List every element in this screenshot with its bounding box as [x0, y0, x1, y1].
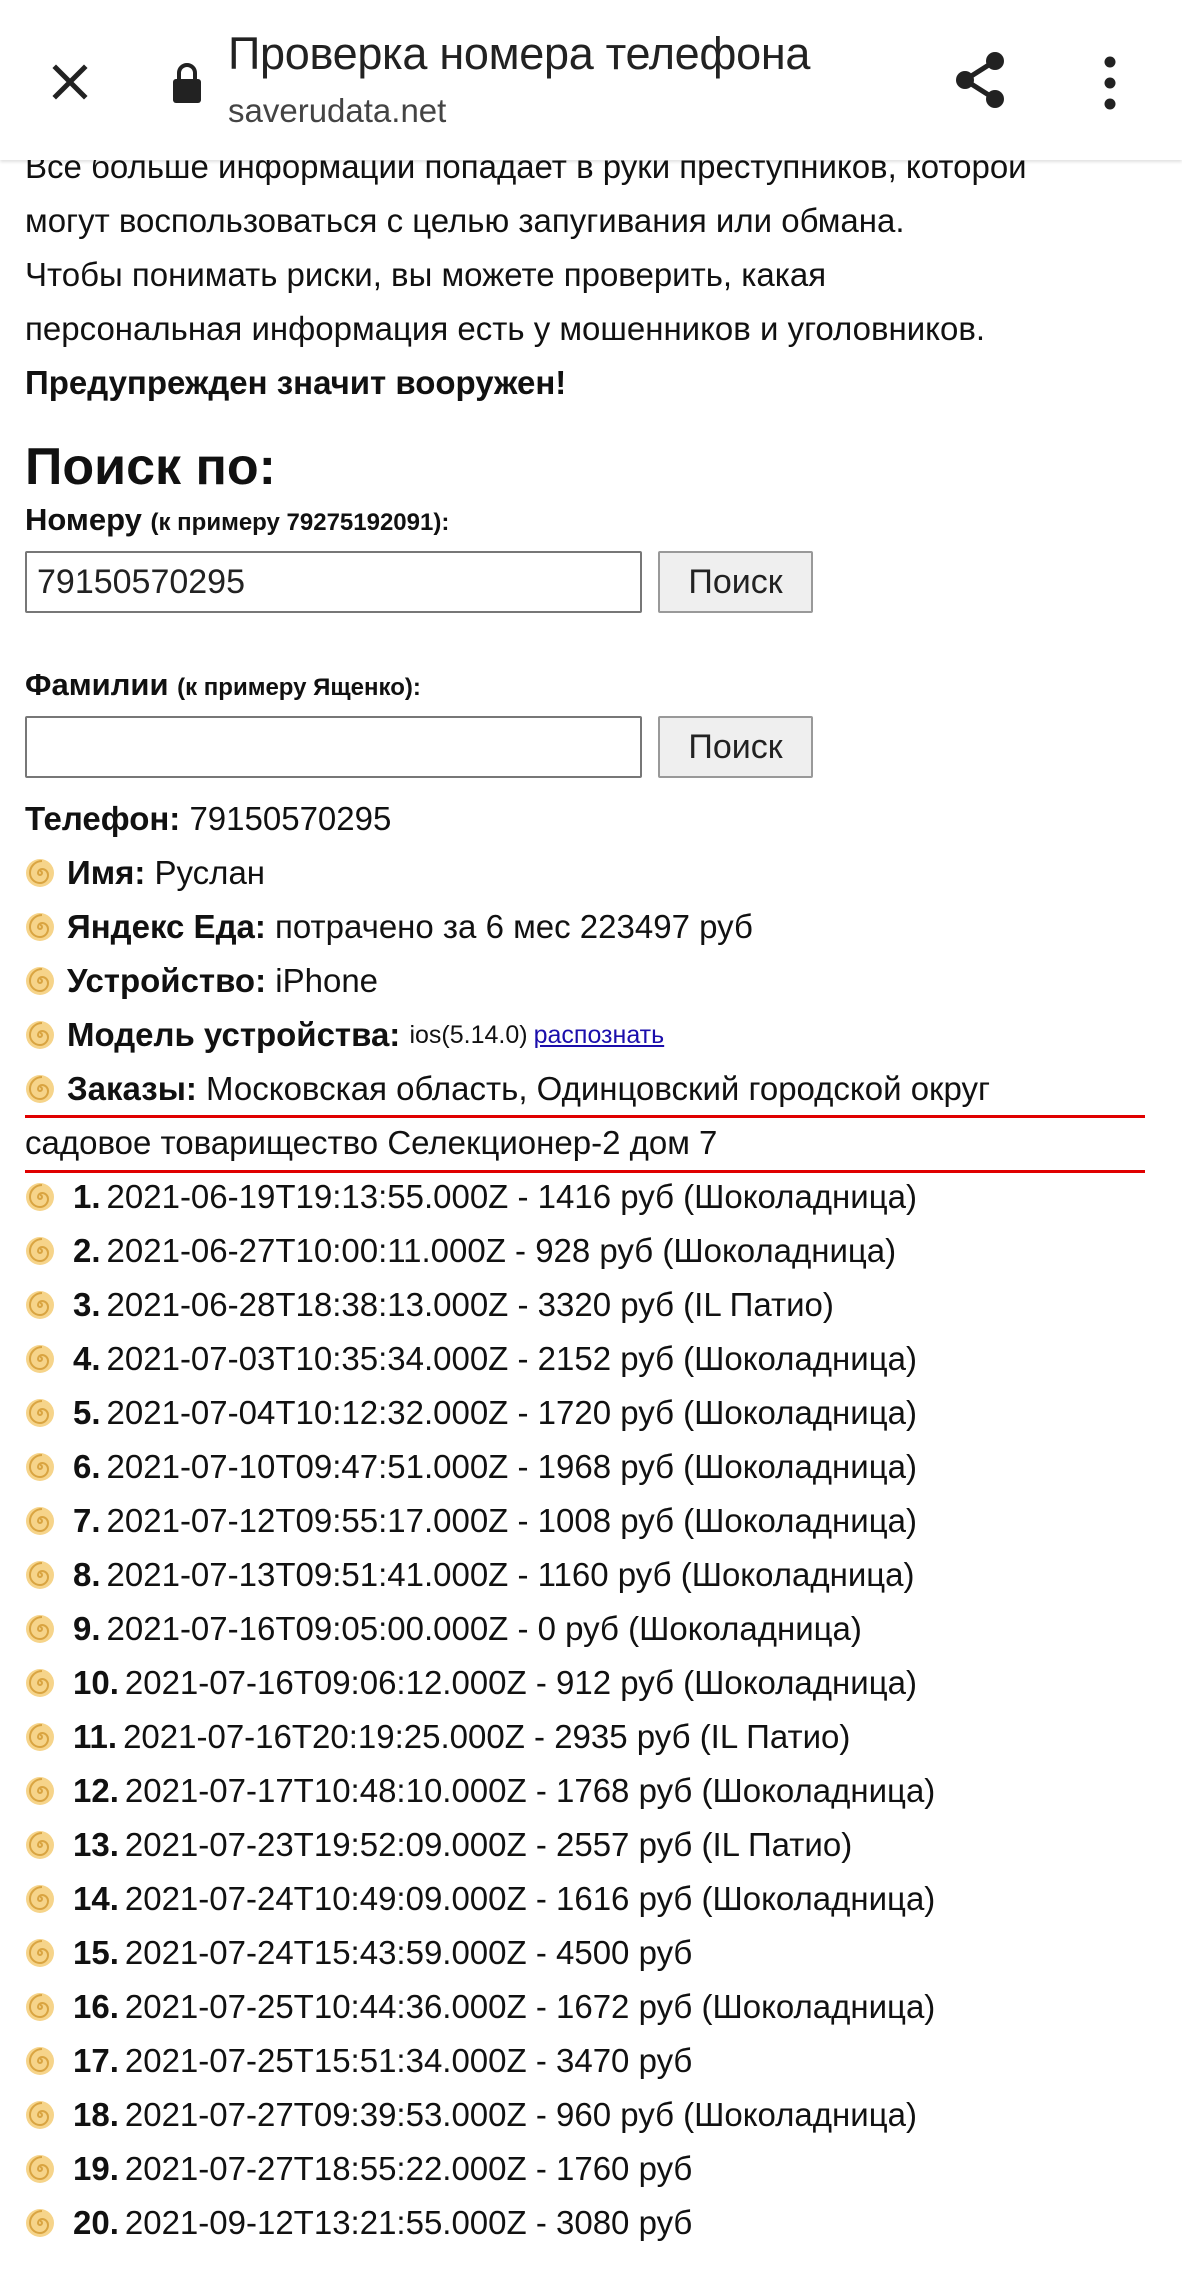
result-yandex: Яндекс Еда: потрачено за 6 мес 223497 ру…	[25, 900, 1165, 954]
order-number: 12.	[73, 1764, 119, 1818]
phone-search-input[interactable]	[25, 551, 642, 613]
order-text: 2021-07-25T10:44:36.000Z - 1672 руб (Шок…	[125, 1980, 935, 2034]
order-item: 14.2021-07-24T10:49:09.000Z - 1616 руб (…	[25, 1872, 1165, 1926]
spiral-icon	[25, 1614, 55, 1644]
more-vert-icon[interactable]	[1090, 50, 1130, 116]
model-value: ios(5.14.0)	[409, 1008, 527, 1062]
order-number: 19.	[73, 2142, 119, 2196]
order-item: 11.2021-07-16T20:19:25.000Z - 2935 руб (…	[25, 1710, 1165, 1764]
spiral-icon	[25, 2208, 55, 2238]
order-text: 2021-07-16T09:05:00.000Z - 0 руб (Шокола…	[107, 1602, 862, 1656]
result-phone: Телефон: 79150570295	[25, 792, 1165, 846]
intro-text: Все больше информации попадает в руки пр…	[25, 140, 1165, 410]
order-number: 8.	[73, 1548, 101, 1602]
order-item: 2.2021-06-27T10:00:11.000Z - 928 руб (Шо…	[25, 1224, 1165, 1278]
result-model: Модель устройства: ios(5.14.0) распознат…	[25, 1008, 1165, 1062]
phone-search-button[interactable]: Поиск	[658, 551, 813, 613]
yandex-value: потрачено за 6 мес 223497 руб	[275, 900, 753, 954]
spiral-icon	[25, 1506, 55, 1536]
intro-line: могут воспользоваться с целью запугивани…	[25, 194, 1165, 248]
surname-search-input[interactable]	[25, 716, 642, 778]
result-name: Имя: Руслан	[25, 846, 1165, 900]
order-text: 2021-07-27T09:39:53.000Z - 960 руб (Шоко…	[125, 2088, 917, 2142]
share-icon[interactable]	[945, 45, 1015, 115]
page-title: Проверка номера телефона	[228, 28, 810, 80]
spiral-icon	[25, 1074, 55, 1104]
order-text: 2021-07-24T10:49:09.000Z - 1616 руб (Шок…	[125, 1872, 935, 1926]
intro-line: персональная информация есть у мошеннико…	[25, 302, 1165, 356]
order-number: 9.	[73, 1602, 101, 1656]
order-text: 2021-07-17T10:48:10.000Z - 1768 руб (Шок…	[125, 1764, 935, 1818]
order-number: 16.	[73, 1980, 119, 2034]
order-number: 17.	[73, 2034, 119, 2088]
order-item: 13.2021-07-23T19:52:09.000Z - 2557 руб (…	[25, 1818, 1165, 1872]
order-number: 13.	[73, 1818, 119, 1872]
order-text: 2021-06-27T10:00:11.000Z - 928 руб (Шоко…	[107, 1224, 897, 1278]
result-orders: Заказы: Московская область, Одинцовский …	[25, 1062, 1165, 1116]
order-text: 2021-06-28T18:38:13.000Z - 3320 руб (IL …	[107, 1278, 834, 1332]
spiral-icon	[25, 2154, 55, 2184]
order-item: 15.2021-07-24T15:43:59.000Z - 4500 руб	[25, 1926, 1165, 1980]
search-heading: Поиск по:	[25, 436, 1165, 498]
spiral-icon	[25, 1884, 55, 1914]
phone-result-label: Телефон:	[25, 792, 180, 846]
yandex-label: Яндекс Еда:	[67, 900, 266, 954]
order-text: 2021-07-16T09:06:12.000Z - 912 руб (Шоко…	[125, 1656, 917, 1710]
order-text: 2021-07-13T09:51:41.000Z - 1160 руб (Шок…	[107, 1548, 915, 1602]
phone-label-text: Номеру	[25, 502, 142, 537]
order-number: 2.	[73, 1224, 101, 1278]
order-text: 2021-07-23T19:52:09.000Z - 2557 руб (IL …	[125, 1818, 852, 1872]
order-item: 5.2021-07-04T10:12:32.000Z - 1720 руб (Ш…	[25, 1386, 1165, 1440]
order-item: 9.2021-07-16T09:05:00.000Z - 0 руб (Шоко…	[25, 1602, 1165, 1656]
order-number: 20.	[73, 2196, 119, 2250]
order-text: 2021-07-10T09:47:51.000Z - 1968 руб (Шок…	[107, 1440, 917, 1494]
order-item: 1.2021-06-19T19:13:55.000Z - 1416 руб (Ш…	[25, 1170, 1165, 1224]
order-text: 2021-07-04T10:12:32.000Z - 1720 руб (Шок…	[107, 1386, 917, 1440]
spiral-icon	[25, 966, 55, 996]
orders-list: 1.2021-06-19T19:13:55.000Z - 1416 руб (Ш…	[25, 1170, 1165, 2250]
spiral-icon	[25, 1236, 55, 1266]
spiral-icon	[25, 912, 55, 942]
order-number: 15.	[73, 1926, 119, 1980]
order-item: 7.2021-07-12T09:55:17.000Z - 1008 руб (Ш…	[25, 1494, 1165, 1548]
order-number: 4.	[73, 1332, 101, 1386]
phone-result-value: 79150570295	[189, 792, 391, 846]
device-label: Устройство:	[67, 954, 266, 1008]
lock-icon	[170, 60, 204, 106]
order-number: 6.	[73, 1440, 101, 1494]
highlight-line-bottom	[25, 1170, 1145, 1173]
order-item: 17.2021-07-25T15:51:34.000Z - 3470 руб	[25, 2034, 1165, 2088]
spiral-icon	[25, 858, 55, 888]
spiral-icon	[25, 1722, 55, 1752]
spiral-icon	[25, 1830, 55, 1860]
order-text: 2021-07-27T18:55:22.000Z - 1760 руб	[125, 2142, 692, 2196]
order-number: 14.	[73, 1872, 119, 1926]
order-item: 19.2021-07-27T18:55:22.000Z - 1760 руб	[25, 2142, 1165, 2196]
spiral-icon	[25, 1182, 55, 1212]
orders-address-line1: Московская область, Одинцовский городско…	[206, 1062, 990, 1116]
order-number: 5.	[73, 1386, 101, 1440]
surname-search-button[interactable]: Поиск	[658, 716, 813, 778]
page-url[interactable]: saverudata.net	[228, 92, 446, 130]
spiral-icon	[25, 1776, 55, 1806]
model-label: Модель устройства:	[67, 1008, 400, 1062]
result-device: Устройство: iPhone	[25, 954, 1165, 1008]
order-text: 2021-07-25T15:51:34.000Z - 3470 руб	[125, 2034, 692, 2088]
device-value: iPhone	[275, 954, 378, 1008]
spiral-icon	[25, 1668, 55, 1698]
order-text: 2021-07-03T10:35:34.000Z - 2152 руб (Шок…	[107, 1332, 917, 1386]
order-number: 11.	[73, 1710, 117, 1764]
spiral-icon	[25, 1020, 55, 1050]
spiral-icon	[25, 1344, 55, 1374]
order-item: 12.2021-07-17T10:48:10.000Z - 1768 руб (…	[25, 1764, 1165, 1818]
spiral-icon	[25, 1398, 55, 1428]
spiral-icon	[25, 2100, 55, 2130]
result-block: Телефон: 79150570295 Имя: Руслан Яндекс …	[25, 792, 1165, 2250]
highlight-line-top	[25, 1115, 1145, 1118]
surname-search-label: Фамилии (к примеру Ященко):	[25, 665, 1165, 708]
order-text: 2021-07-12T09:55:17.000Z - 1008 руб (Шок…	[107, 1494, 917, 1548]
order-text: 2021-09-12T13:21:55.000Z - 3080 руб	[125, 2196, 692, 2250]
order-item: 20.2021-09-12T13:21:55.000Z - 3080 руб	[25, 2196, 1165, 2250]
order-item: 18.2021-07-27T09:39:53.000Z - 960 руб (Ш…	[25, 2088, 1165, 2142]
spiral-icon	[25, 1560, 55, 1590]
spiral-icon	[25, 1992, 55, 2022]
phone-search-label: Номеру (к примеру 79275192091):	[25, 500, 1165, 543]
orders-address-line2: садовое товарищество Селекционер-2 дом 7	[25, 1116, 717, 1170]
intro-slogan: Предупрежден значит вооружен!	[25, 356, 1165, 410]
recognize-link[interactable]: распознать	[534, 1008, 665, 1062]
close-icon[interactable]	[38, 50, 102, 114]
orders-label: Заказы:	[67, 1062, 197, 1116]
spiral-icon	[25, 1290, 55, 1320]
intro-line: Чтобы понимать риски, вы можете проверит…	[25, 248, 1165, 302]
order-item: 3.2021-06-28T18:38:13.000Z - 3320 руб (I…	[25, 1278, 1165, 1332]
order-number: 7.	[73, 1494, 101, 1548]
browser-toolbar: Проверка номера телефона saverudata.net	[0, 0, 1182, 160]
order-item: 10.2021-07-16T09:06:12.000Z - 912 руб (Ш…	[25, 1656, 1165, 1710]
spiral-icon	[25, 2046, 55, 2076]
order-text: 2021-06-19T19:13:55.000Z - 1416 руб (Шок…	[107, 1170, 917, 1224]
order-item: 16.2021-07-25T10:44:36.000Z - 1672 руб (…	[25, 1980, 1165, 2034]
order-text: 2021-07-24T15:43:59.000Z - 4500 руб	[125, 1926, 692, 1980]
phone-hint: (к примеру 79275192091):	[150, 509, 449, 536]
order-number: 1.	[73, 1170, 101, 1224]
spiral-icon	[25, 1452, 55, 1482]
order-text: 2021-07-16T20:19:25.000Z - 2935 руб (IL …	[123, 1710, 850, 1764]
order-item: 6.2021-07-10T09:47:51.000Z - 1968 руб (Ш…	[25, 1440, 1165, 1494]
page-content: Все больше информации попадает в руки пр…	[25, 140, 1165, 2250]
order-item: 4.2021-07-03T10:35:34.000Z - 2152 руб (Ш…	[25, 1332, 1165, 1386]
spiral-icon	[25, 1938, 55, 1968]
order-number: 18.	[73, 2088, 119, 2142]
order-item: 8.2021-07-13T09:51:41.000Z - 1160 руб (Ш…	[25, 1548, 1165, 1602]
surname-hint: (к примеру Ященко):	[177, 674, 421, 701]
order-number: 10.	[73, 1656, 119, 1710]
name-label: Имя:	[67, 846, 145, 900]
surname-label-text: Фамилии	[25, 667, 169, 702]
name-value: Руслан	[155, 846, 265, 900]
order-number: 3.	[73, 1278, 101, 1332]
orders-address-line2-row: садовое товарищество Селекционер-2 дом 7	[25, 1116, 1165, 1170]
